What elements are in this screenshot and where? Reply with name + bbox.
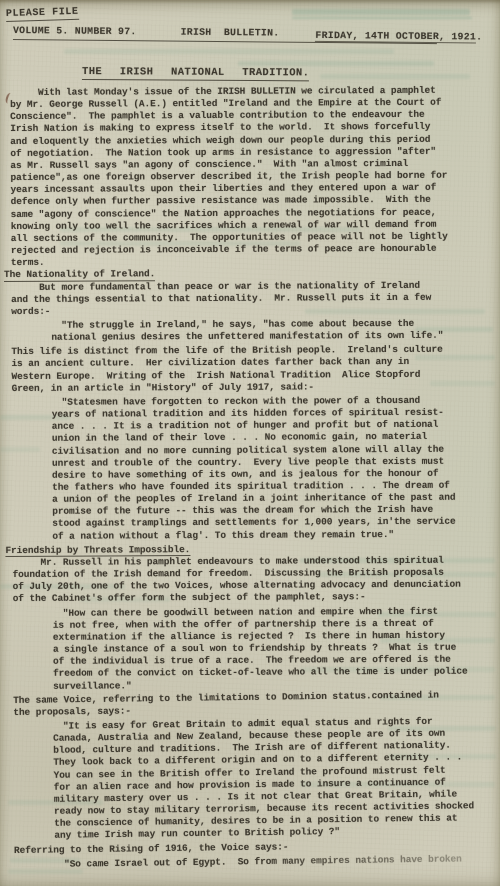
paragraph-intro: With last Monday's issue of the IRISH BU… [10, 84, 499, 269]
publication-title: IRISH BULLETIN. [181, 27, 280, 39]
bleedthrough-mark [64, 49, 394, 54]
bleedthrough-mark [292, 9, 470, 15]
paragraph-culture: This life is distinct from the life of t… [11, 344, 499, 395]
bleedthrough-mark [292, 17, 472, 19]
paragraph-nationality: But more fundamental than peace or war i… [11, 279, 499, 318]
paragraph-pamphlet: Mr. Russell in his pamphlet endeavours t… [12, 554, 500, 605]
file-note: PLEASE FILE [6, 7, 79, 20]
quote-great-britain: "It is easy for Great Britain to admit e… [53, 715, 500, 842]
issue-date-period: . [476, 31, 482, 42]
masthead: VOLUME 5. NUMBER 97. IRISH BULLETIN. FRI… [13, 25, 437, 44]
issue-date: FRIDAY, 14TH OCTOBER, 1921 [315, 29, 476, 43]
quote-goodwill: "How can there be goodwill between natio… [53, 605, 500, 692]
quote-struggle-in-ireland: "The struggle in Ireland," he says, "has… [51, 317, 499, 344]
volume-number: VOLUME 5. NUMBER 97. [13, 25, 137, 37]
file-note-label: PLEASE FILE [6, 7, 79, 22]
bleedthrough-mark [238, 61, 434, 66]
document-page: PLEASE FILE VOLUME 5. NUMBER 97. IRISH B… [0, 0, 500, 886]
article-title-text: THE IRISH NATIONAL TRADITION. [82, 66, 309, 81]
paragraph-same-voice: The same Voice, referring to the limitat… [13, 688, 500, 719]
bleedthrough-mark [320, 74, 470, 79]
article-title: THE IRISH NATIONAL TRADITION. [82, 66, 309, 79]
quote-statesmen: "Statesmen have forgotten to reckon with… [52, 394, 500, 542]
article-body: With last Monday's issue of the IRISH BU… [10, 84, 500, 872]
